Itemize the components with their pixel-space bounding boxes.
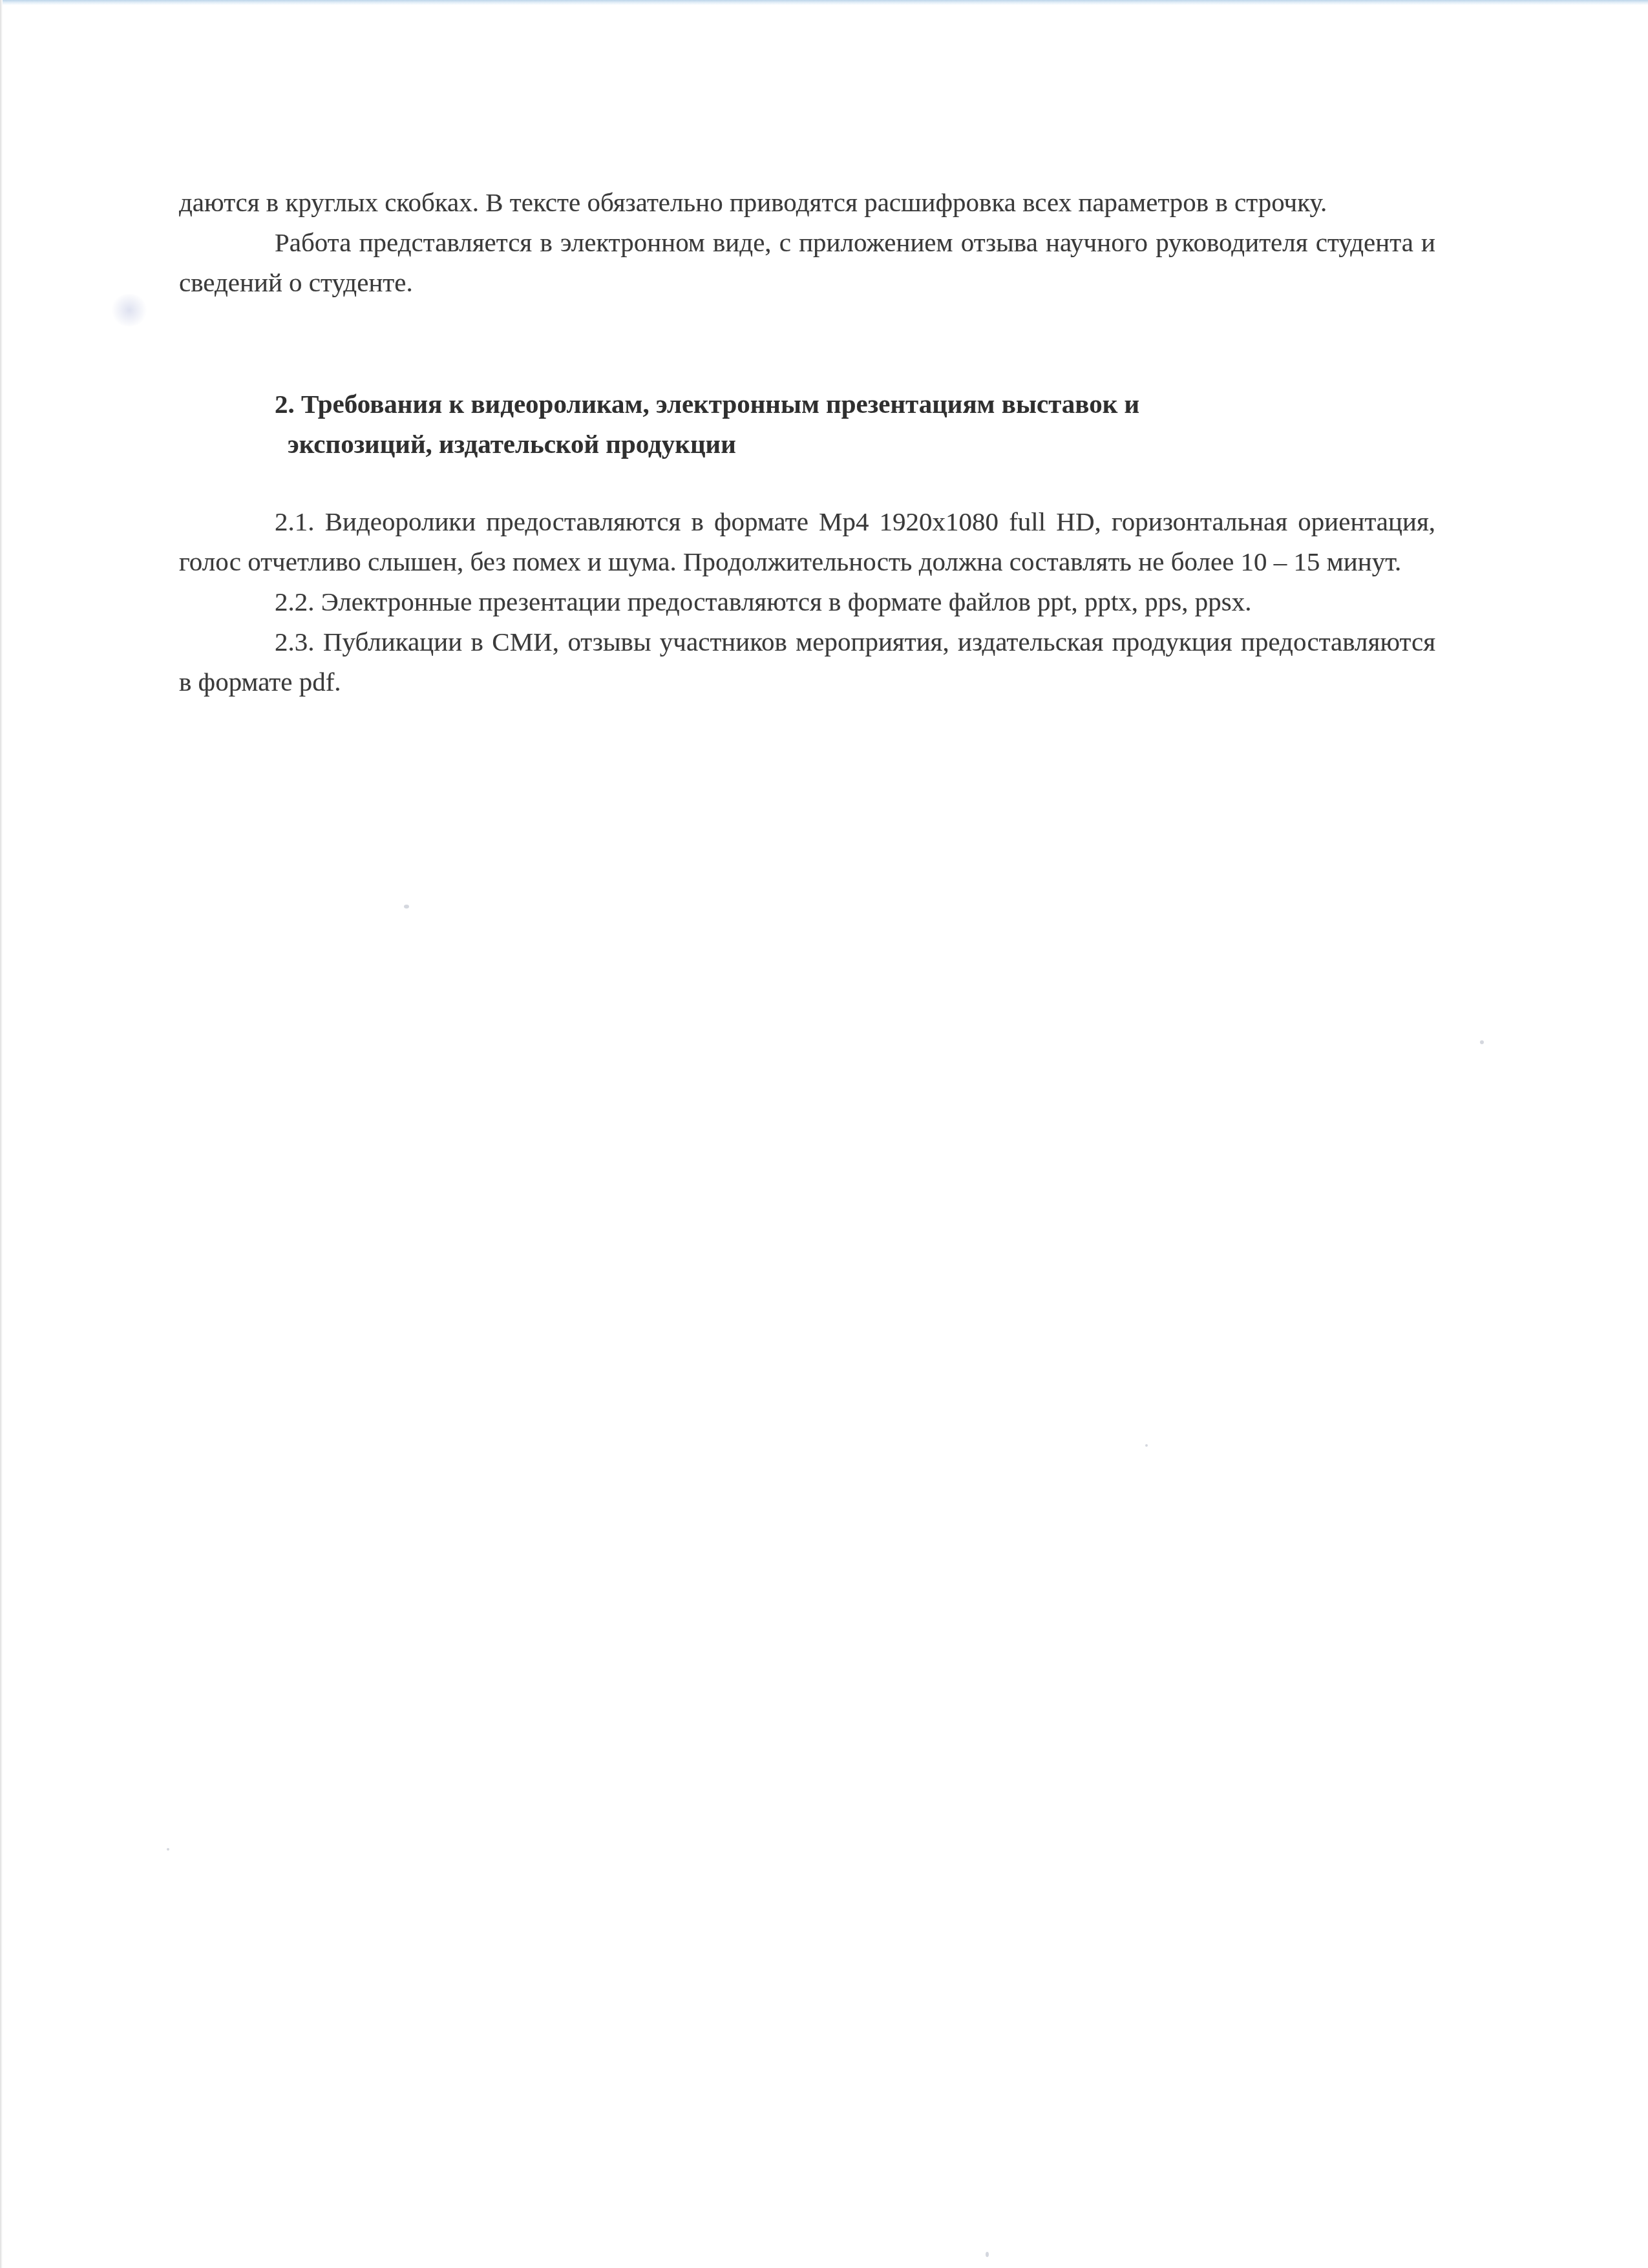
scan-speck: [1145, 1444, 1148, 1447]
scan-speck: [404, 905, 409, 908]
spacer: [179, 464, 1435, 501]
section-heading-line2: экспозиций, издательской продукции: [275, 424, 1435, 464]
scan-edge-top: [0, 0, 1648, 5]
item-2-1-video: 2.1. Видеоролики предоставляются в форма…: [179, 501, 1435, 582]
section-heading: 2. Требования к видеороликам, электронны…: [179, 384, 1435, 464]
spacer: [179, 302, 1435, 384]
scan-speck: [167, 1848, 169, 1851]
scan-speck: [986, 2252, 989, 2257]
scan-edge-left: [0, 0, 3, 2268]
scan-speck: [1480, 1040, 1484, 1044]
paragraph-parameters: даются в круглых скобках. В тексте обяза…: [179, 182, 1435, 222]
section-heading-line1: 2. Требования к видеороликам, электронны…: [275, 389, 1139, 419]
item-2-3-publications: 2.3. Публикации в СМИ, отзывы участников…: [179, 622, 1435, 702]
document-page: даются в круглых скобках. В тексте обяза…: [179, 182, 1435, 702]
item-2-2-presentations: 2.2. Электронные презентации предоставля…: [179, 582, 1435, 622]
scan-smudge: [110, 294, 149, 326]
paragraph-submission: Работа представляется в электронном виде…: [179, 222, 1435, 302]
